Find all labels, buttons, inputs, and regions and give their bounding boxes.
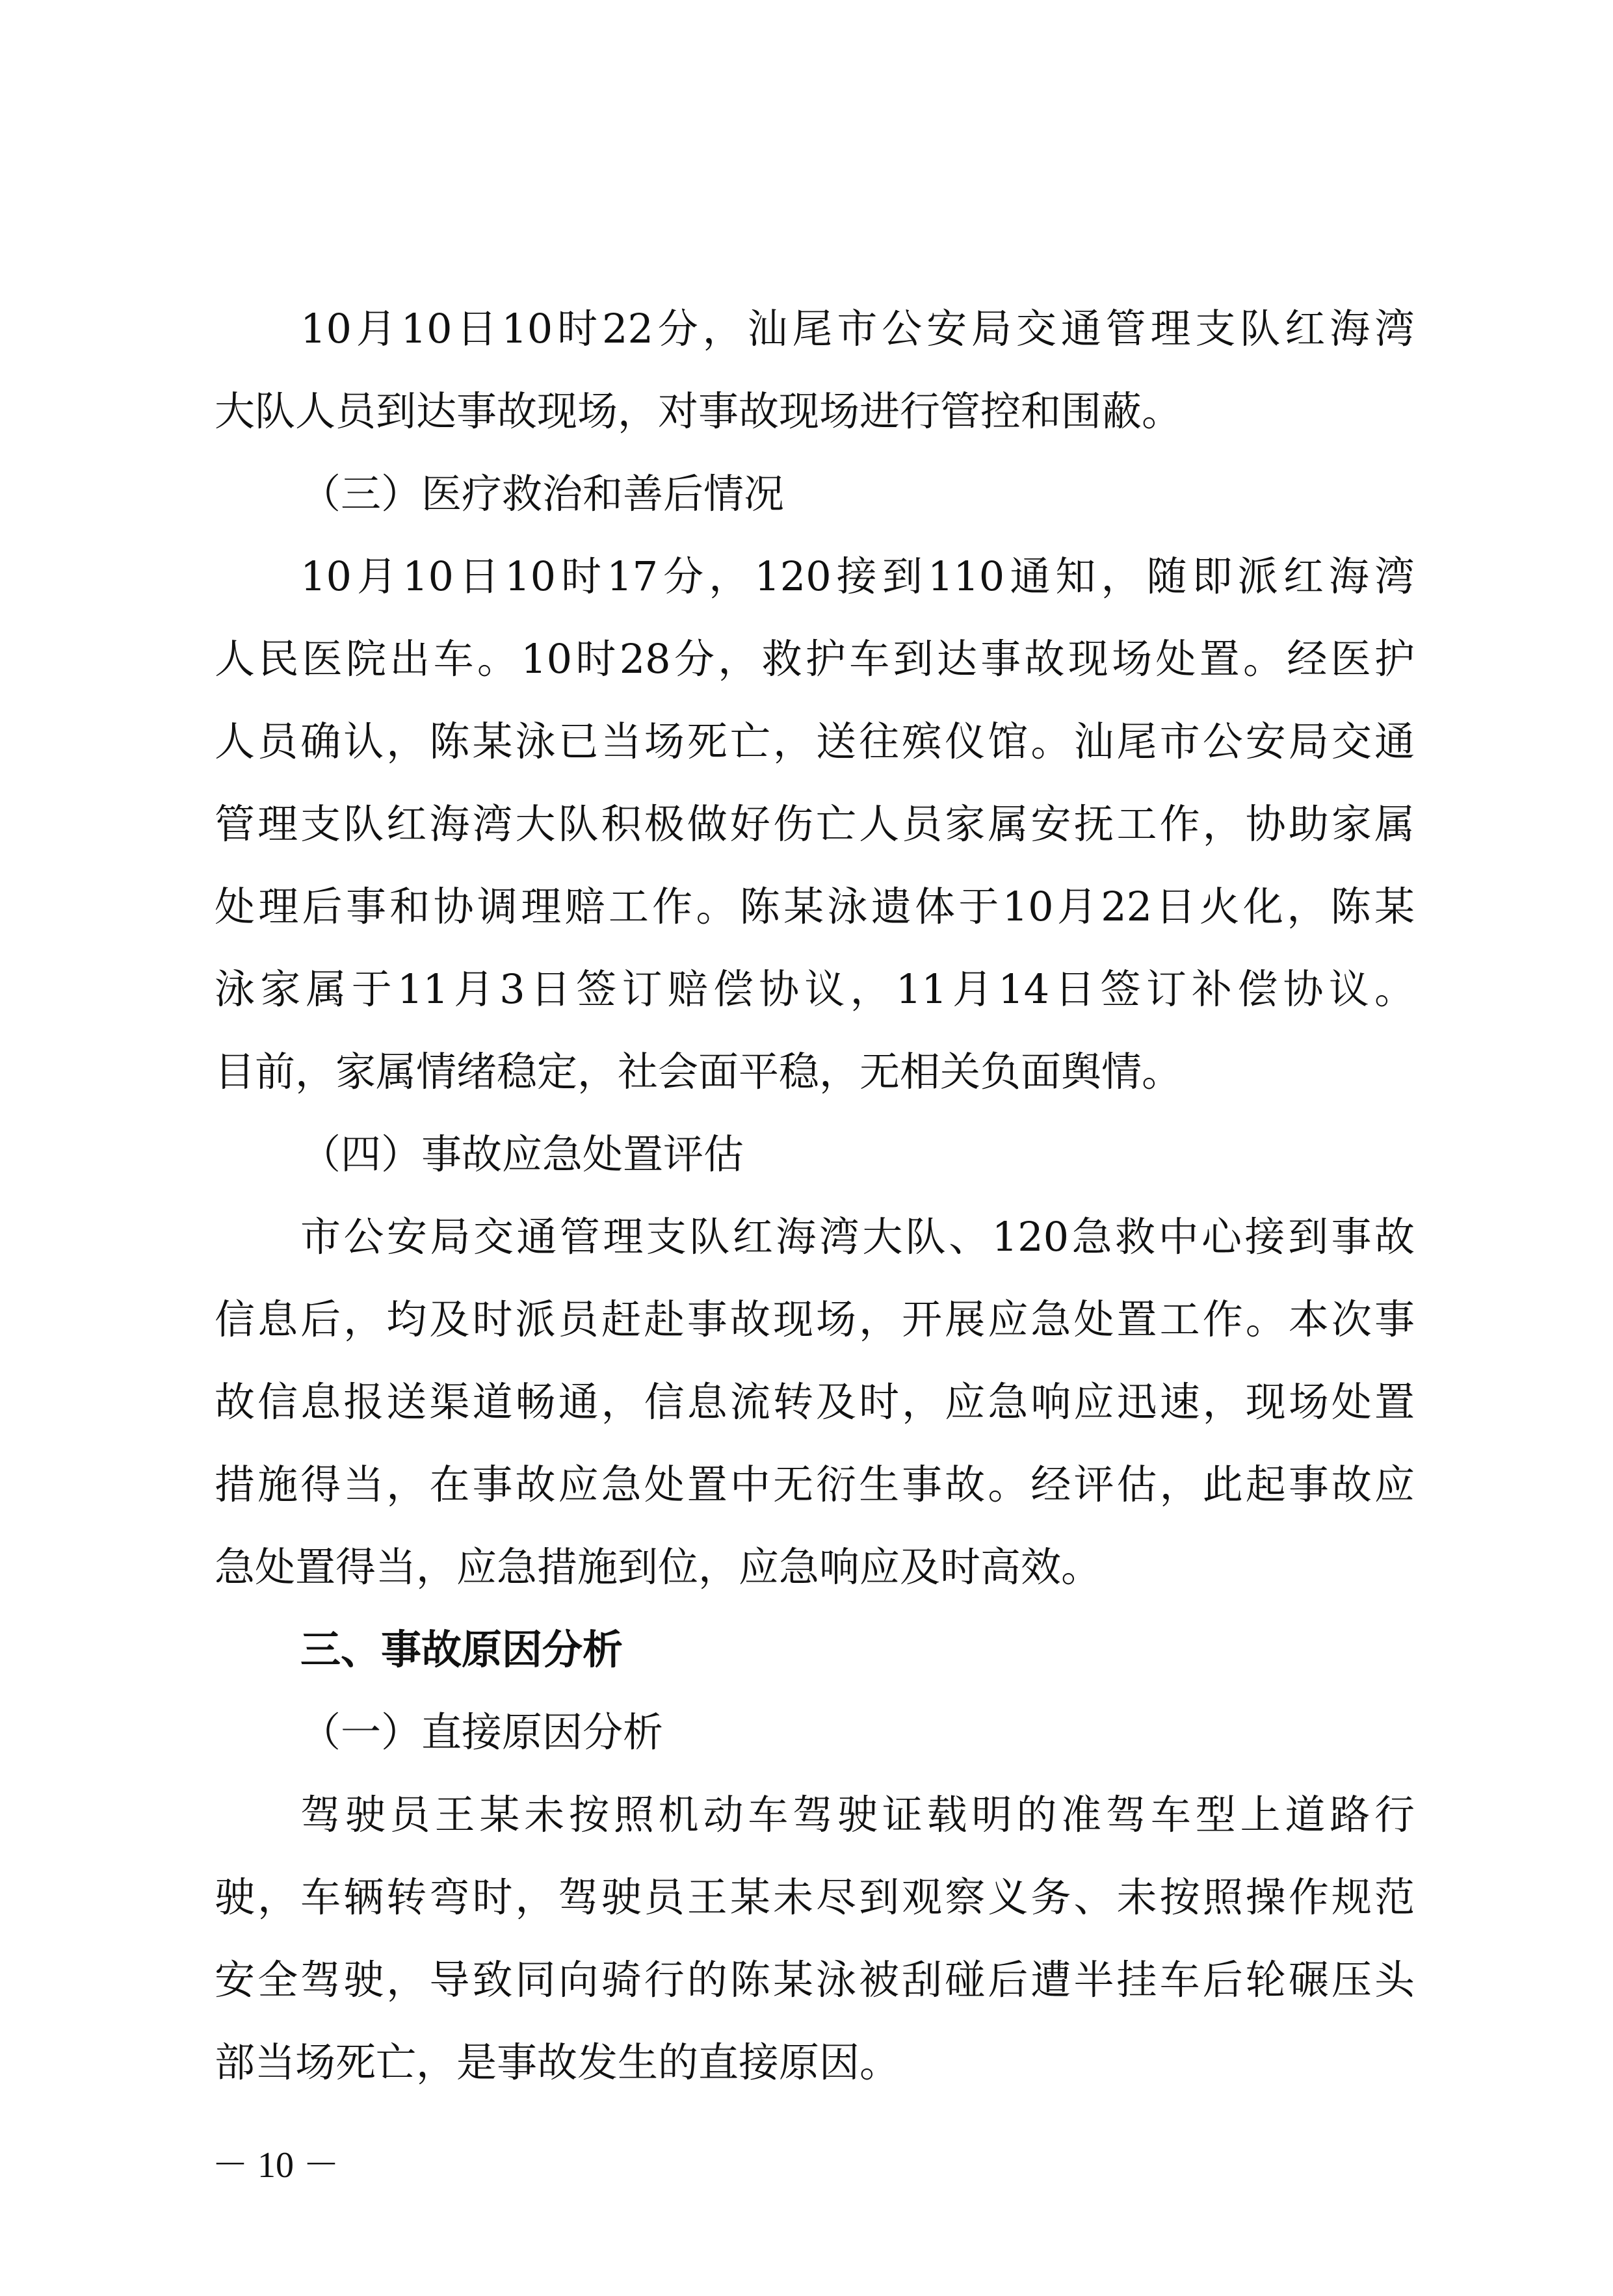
paragraph-line: 泳家属于11月3日签订赔偿协议，11月14日签订补偿协议。 xyxy=(215,948,1415,1030)
paragraph-line: 人民医院出车。10时28分，救护车到达事故现场处置。经医护 xyxy=(215,618,1415,700)
page-number: － 10 － xyxy=(212,2143,339,2188)
section-heading-direct-cause: （一）直接原因分析 xyxy=(215,1691,1415,1773)
section-heading-emergency-evaluation: （四）事故应急处置评估 xyxy=(215,1113,1415,1195)
paragraph-line: 驾驶员王某未按照机动车驾驶证载明的准驾车型上道路行 xyxy=(215,1773,1415,1856)
paragraph-line: 人员确认，陈某泳已当场死亡，送往殡仪馆。汕尾市公安局交通 xyxy=(215,700,1415,783)
document-body: 10月10日10时22分，汕尾市公安局交通管理支队红海湾 大队人员到达事故现场，… xyxy=(215,287,1415,2104)
paragraph-line: 大队人员到达事故现场，对事故现场进行管控和围蔽。 xyxy=(215,370,1415,452)
paragraph-line: 10月10日10时17分，120接到110通知，随即派红海湾 xyxy=(215,535,1415,618)
paragraph-line: 处理后事和协调理赔工作。陈某泳遗体于10月22日火化，陈某 xyxy=(215,865,1415,948)
paragraph-line: 措施得当，在事故应急处置中无衍生事故。经评估，此起事故应 xyxy=(215,1443,1415,1526)
paragraph-line: 市公安局交通管理支队红海湾大队、120急救中心接到事故 xyxy=(215,1195,1415,1278)
paragraph-line: 10月10日10时22分，汕尾市公安局交通管理支队红海湾 xyxy=(215,287,1415,370)
paragraph-line: 管理支队红海湾大队积极做好伤亡人员家属安抚工作，协助家属 xyxy=(215,783,1415,865)
paragraph-line: 信息后，均及时派员赶赴事故现场，开展应急处置工作。本次事 xyxy=(215,1278,1415,1361)
paragraph-line: 急处置得当，应急措施到位，应急响应及时高效。 xyxy=(215,1526,1415,1608)
section-heading-medical-treatment: （三）医疗救治和善后情况 xyxy=(215,452,1415,535)
paragraph-line: 故信息报送渠道畅通，信息流转及时，应急响应迅速，现场处置 xyxy=(215,1361,1415,1443)
chapter-heading-cause-analysis: 三、事故原因分析 xyxy=(215,1608,1415,1691)
paragraph-line: 部当场死亡，是事故发生的直接原因。 xyxy=(215,2021,1415,2104)
paragraph-line: 驶，车辆转弯时，驾驶员王某未尽到观察义务、未按照操作规范 xyxy=(215,1856,1415,1938)
paragraph-line: 安全驾驶，导致同向骑行的陈某泳被刮碰后遭半挂车后轮碾压头 xyxy=(215,1938,1415,2021)
document-page: 10月10日10时22分，汕尾市公安局交通管理支队红海湾 大队人员到达事故现场，… xyxy=(0,0,1613,2296)
paragraph-line: 目前，家属情绪稳定，社会面平稳，无相关负面舆情。 xyxy=(215,1030,1415,1113)
